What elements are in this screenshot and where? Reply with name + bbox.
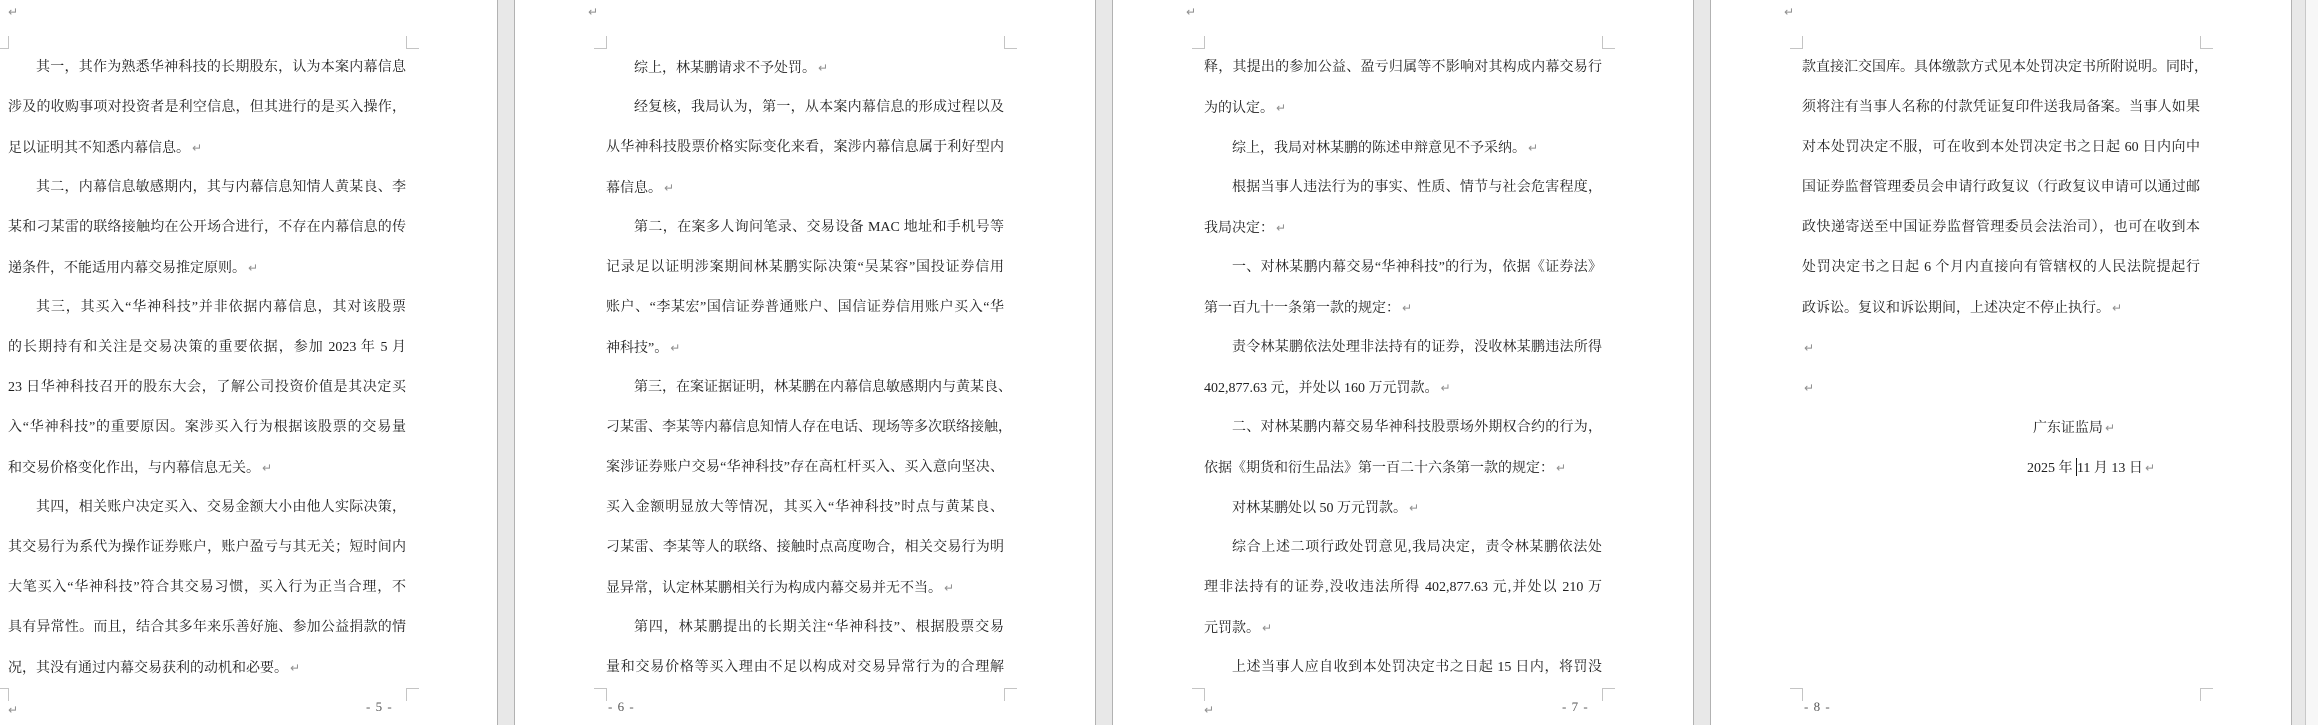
paragraph-mark-icon: ↵ xyxy=(8,700,18,720)
paragraph-mark-icon: ↵ xyxy=(1556,461,1566,475)
text-line[interactable]: 大笔买入“华神科技”符合其交易习惯，买入行为正当合理，不 xyxy=(8,568,406,608)
text-line[interactable]: 况，其没有通过内幕交易获利的动机和必要。↵ xyxy=(8,648,406,688)
text-line[interactable]: 第二，在案多人询问笔录、交易设备 MAC 地址和手机号等 xyxy=(606,208,1004,248)
text-line[interactable]: 其一，其作为熟悉华神科技的长期股东，认为本案内幕信息 xyxy=(8,48,406,88)
page-number: - 5 - xyxy=(366,696,393,718)
text-line[interactable]: 买入金额明显放大等情况，其买入“华神科技”时点与黄某良、 xyxy=(606,488,1004,528)
paragraph-mark-icon: ↵ xyxy=(670,341,680,355)
text-line[interactable]: 某和刁某雷的联络接触均在公开场合进行，不存在内幕信息的传 xyxy=(8,208,406,248)
paragraph-mark-icon: ↵ xyxy=(262,461,272,475)
date-text-before-caret: 2025 年 xyxy=(2027,461,2076,476)
text-line[interactable]: 量和交易价格等买入理由不足以构成对交易异常行为的合理解 xyxy=(606,648,1004,688)
text-line[interactable]: 为的认定。↵ xyxy=(1204,88,1602,128)
paragraph-mark-icon: ↵ xyxy=(664,181,674,195)
text-line[interactable]: 具有异常性。而且，结合其多年来乐善好施、参加公益捐款的情 xyxy=(8,608,406,648)
text-line[interactable]: 根据当事人违法行为的事实、性质、情节与社会危害程度， xyxy=(1204,168,1602,208)
paragraph-mark-icon: ↵ xyxy=(1528,141,1538,155)
text-line[interactable]: 须将注有当事人名称的付款凭证复印件送我局备案。当事人如果 xyxy=(1802,88,2200,128)
paragraph-mark-icon: ↵ xyxy=(2112,301,2122,315)
page-number: - 6 - xyxy=(608,696,635,718)
text-line[interactable]: 刁某雷、李某等人的联络、接触时点高度吻合，相关交易行为明 xyxy=(606,528,1004,568)
document-page-4[interactable]: ↵款直接汇交国库。具体缴款方式见本处罚决定书所附说明。同时，须将注有当事人名称的… xyxy=(1710,0,2292,725)
text-line[interactable]: 款直接汇交国库。具体缴款方式见本处罚决定书所附说明。同时， xyxy=(1802,48,2200,88)
paragraph-mark-icon: ↵ xyxy=(1804,341,1814,355)
text-line[interactable]: 账户、“李某宏”国信证券普通账户、国信证券信用账户买入“华 xyxy=(606,288,1004,328)
text-line[interactable]: 的长期持有和关注是交易决策的重要依据，参加 2023 年 5 月 xyxy=(8,328,406,368)
document-canvas: ↵其一，其作为熟悉华神科技的长期股东，认为本案内幕信息涉及的收购事项对投资者是利… xyxy=(0,0,2318,725)
paragraph-mark-icon: ↵ xyxy=(944,581,954,595)
document-page-1[interactable]: ↵其一，其作为熟悉华神科技的长期股东，认为本案内幕信息涉及的收购事项对投资者是利… xyxy=(0,0,498,725)
text-line[interactable]: 其交易行为系代为操作证券账户，账户盈亏与其无关；短时间内 xyxy=(8,528,406,568)
text-line[interactable]: 理非法持有的证券,没收违法所得 402,877.63 元,并处以 210 万 xyxy=(1204,568,1602,608)
text-line[interactable]: 广东证监局↵ xyxy=(1802,408,2200,448)
text-line[interactable]: 责令林某鹏依法处理非法持有的证券，没收林某鹏违法所得 xyxy=(1204,328,1602,368)
text-line[interactable]: 和交易价格变化作出，与内幕信息无关。↵ xyxy=(8,448,406,488)
text-line[interactable]: 对本处罚决定不服，可在收到本处罚决定书之日起 60 日内向中 xyxy=(1802,128,2200,168)
paragraph-mark-icon: ↵ xyxy=(818,61,828,75)
paragraph-mark-icon: ↵ xyxy=(1784,2,1794,22)
text-line[interactable]: 政诉讼。复议和诉讼期间，上述决定不停止执行。↵ xyxy=(1802,288,2200,328)
paragraph-mark-icon: ↵ xyxy=(290,661,300,675)
text-line[interactable]: 案涉证券账户交易“华神科技”存在高杠杆买入、买入意向坚决、 xyxy=(606,448,1004,488)
text-line[interactable]: 其三，其买入“华神科技”并非依据内幕信息，其对该股票 xyxy=(8,288,406,328)
text-line[interactable]: 经复核，我局认为，第一，从本案内幕信息的形成过程以及 xyxy=(606,88,1004,128)
vertical-scrollbar[interactable] xyxy=(2305,0,2318,725)
text-line[interactable]: 其二，内幕信息敏感期内，其与内幕信息知情人黄某良、李 xyxy=(8,168,406,208)
margin-corner-mark xyxy=(2200,688,2213,701)
margin-corner-mark xyxy=(2200,36,2213,49)
text-line[interactable]: 综合上述二项行政处罚意见,我局决定，责令林某鹏依法处 xyxy=(1204,528,1602,568)
text-line[interactable]: 处罚决定书之日起 6 个月内直接向有管辖权的人民法院提起行 xyxy=(1802,248,2200,288)
text-line[interactable]: 涉及的收购事项对投资者是利空信息，但其进行的是买入操作， xyxy=(8,88,406,128)
paragraph-mark-icon: ↵ xyxy=(248,261,258,275)
margin-corner-mark xyxy=(1004,688,1017,701)
text-line[interactable]: 第三，在案证据证明，林某鹏在内幕信息敏感期内与黄某良、 xyxy=(606,368,1004,408)
text-line[interactable]: 依据《期货和衍生品法》第一百二十六条第一款的规定：↵ xyxy=(1204,448,1602,488)
paragraph-mark-icon: ↵ xyxy=(1276,101,1286,115)
margin-corner-mark xyxy=(406,688,419,701)
text-line[interactable]: 元罚款。↵ xyxy=(1204,608,1602,648)
text-line[interactable]: 23 日华神科技召开的股东大会，了解公司投资价值是其决定买 xyxy=(8,368,406,408)
margin-corner-mark xyxy=(594,688,607,701)
paragraph-mark-icon: ↵ xyxy=(1402,301,1412,315)
paragraph-mark-icon: ↵ xyxy=(1262,621,1272,635)
page-text-area[interactable]: 其一，其作为熟悉华神科技的长期股东，认为本案内幕信息涉及的收购事项对投资者是利空… xyxy=(8,48,406,688)
paragraph-mark-icon: ↵ xyxy=(1441,381,1451,395)
margin-corner-mark xyxy=(1602,688,1615,701)
margin-corner-mark xyxy=(406,36,419,49)
text-line[interactable]: 足以证明其不知悉内幕信息。↵ xyxy=(8,128,406,168)
text-line[interactable]: 国证券监督管理委员会申请行政复议（行政复议申请可以通过邮 xyxy=(1802,168,2200,208)
text-line[interactable]: 综上，林某鹏请求不予处罚。↵ xyxy=(606,48,1004,88)
paragraph-mark-icon: ↵ xyxy=(2105,421,2115,435)
document-page-3[interactable]: ↵释，其提出的参加公益、盈亏归属等不影响对其构成内幕交易行为的认定。↵综上，我局… xyxy=(1112,0,1694,725)
paragraph-mark-icon: ↵ xyxy=(588,2,598,22)
text-line[interactable]: 第四，林某鹏提出的长期关注“华神科技”、根据股票交易 xyxy=(606,608,1004,648)
text-line[interactable]: ↵ xyxy=(1802,368,2200,408)
paragraph-mark-icon: ↵ xyxy=(192,141,202,155)
text-line[interactable]: 神科技”。↵ xyxy=(606,328,1004,368)
text-line[interactable]: 2025 年 11 月 13 日↵ xyxy=(1802,448,2200,488)
paragraph-mark-icon: ↵ xyxy=(2145,461,2155,475)
paragraph-mark-icon: ↵ xyxy=(8,2,18,22)
margin-corner-mark xyxy=(1602,36,1615,49)
paragraph-mark-icon: ↵ xyxy=(1204,700,1214,720)
text-line[interactable]: 我局决定：↵ xyxy=(1204,208,1602,248)
paragraph-mark-icon: ↵ xyxy=(1276,221,1286,235)
paragraph-mark-icon: ↵ xyxy=(1804,381,1814,395)
paragraph-mark-icon: ↵ xyxy=(1409,501,1419,515)
text-line[interactable]: 上述当事人应自收到本处罚决定书之日起 15 日内，将罚没 xyxy=(1204,648,1602,688)
text-line[interactable]: 综上，我局对林某鹏的陈述申辩意见不予采纳。↵ xyxy=(1204,128,1602,168)
text-line[interactable]: 刁某雷、李某等内幕信息知情人存在电话、现场等多次联络接触， xyxy=(606,408,1004,448)
text-line[interactable]: 二、对林某鹏内幕交易华神科技股票场外期权合约的行为， xyxy=(1204,408,1602,448)
page-number: - 7 - xyxy=(1562,696,1589,718)
text-line[interactable]: 释，其提出的参加公益、盈亏归属等不影响对其构成内幕交易行 xyxy=(1204,48,1602,88)
text-line[interactable]: 第一百九十一条第一款的规定：↵ xyxy=(1204,288,1602,328)
text-line[interactable]: 从华神科技股票价格实际变化来看，案涉内幕信息属于利好型内 xyxy=(606,128,1004,168)
text-line[interactable]: 一、对林某鹏内幕交易“华神科技”的行为，依据《证券法》 xyxy=(1204,248,1602,288)
margin-corner-mark xyxy=(1004,36,1017,49)
page-number: - 8 - xyxy=(1804,696,1831,718)
text-line[interactable]: 入“华神科技”的重要原因。案涉买入行为根据该股票的交易量 xyxy=(8,408,406,448)
paragraph-mark-icon: ↵ xyxy=(1186,2,1196,22)
page-text-area[interactable]: 综上，林某鹏请求不予处罚。↵经复核，我局认为，第一，从本案内幕信息的形成过程以及… xyxy=(606,48,1004,688)
text-line[interactable]: ↵ xyxy=(1802,328,2200,368)
text-line[interactable]: 政快递寄送至中国证券监督管理委员会法治司），也可在收到本 xyxy=(1802,208,2200,248)
text-line[interactable]: 幕信息。↵ xyxy=(606,168,1004,208)
page-text-area[interactable]: 释，其提出的参加公益、盈亏归属等不影响对其构成内幕交易行为的认定。↵综上，我局对… xyxy=(1204,48,1602,688)
text-line[interactable]: 对林某鹏处以 50 万元罚款。↵ xyxy=(1204,488,1602,528)
text-line[interactable]: 显异常，认定林某鹏相关行为构成内幕交易并无不当。↵ xyxy=(606,568,1004,608)
margin-corner-mark xyxy=(1790,688,1803,701)
page-text-area[interactable]: 款直接汇交国库。具体缴款方式见本处罚决定书所附说明。同时，须将注有当事人名称的付… xyxy=(1802,48,2200,488)
date-text-after-caret: 11 月 13 日 xyxy=(2077,461,2143,476)
text-line[interactable]: 其四，相关账户决定买入、交易金额大小由他人实际决策， xyxy=(8,488,406,528)
text-line[interactable]: 402,877.63 元，并处以 160 万元罚款。↵ xyxy=(1204,368,1602,408)
document-page-2[interactable]: ↵综上，林某鹏请求不予处罚。↵经复核，我局认为，第一，从本案内幕信息的形成过程以… xyxy=(514,0,1096,725)
text-line[interactable]: 记录足以证明涉案期间林某鹏实际决策“吴某容”国投证券信用 xyxy=(606,248,1004,288)
text-line[interactable]: 递条件，不能适用内幕交易推定原则。↵ xyxy=(8,248,406,288)
